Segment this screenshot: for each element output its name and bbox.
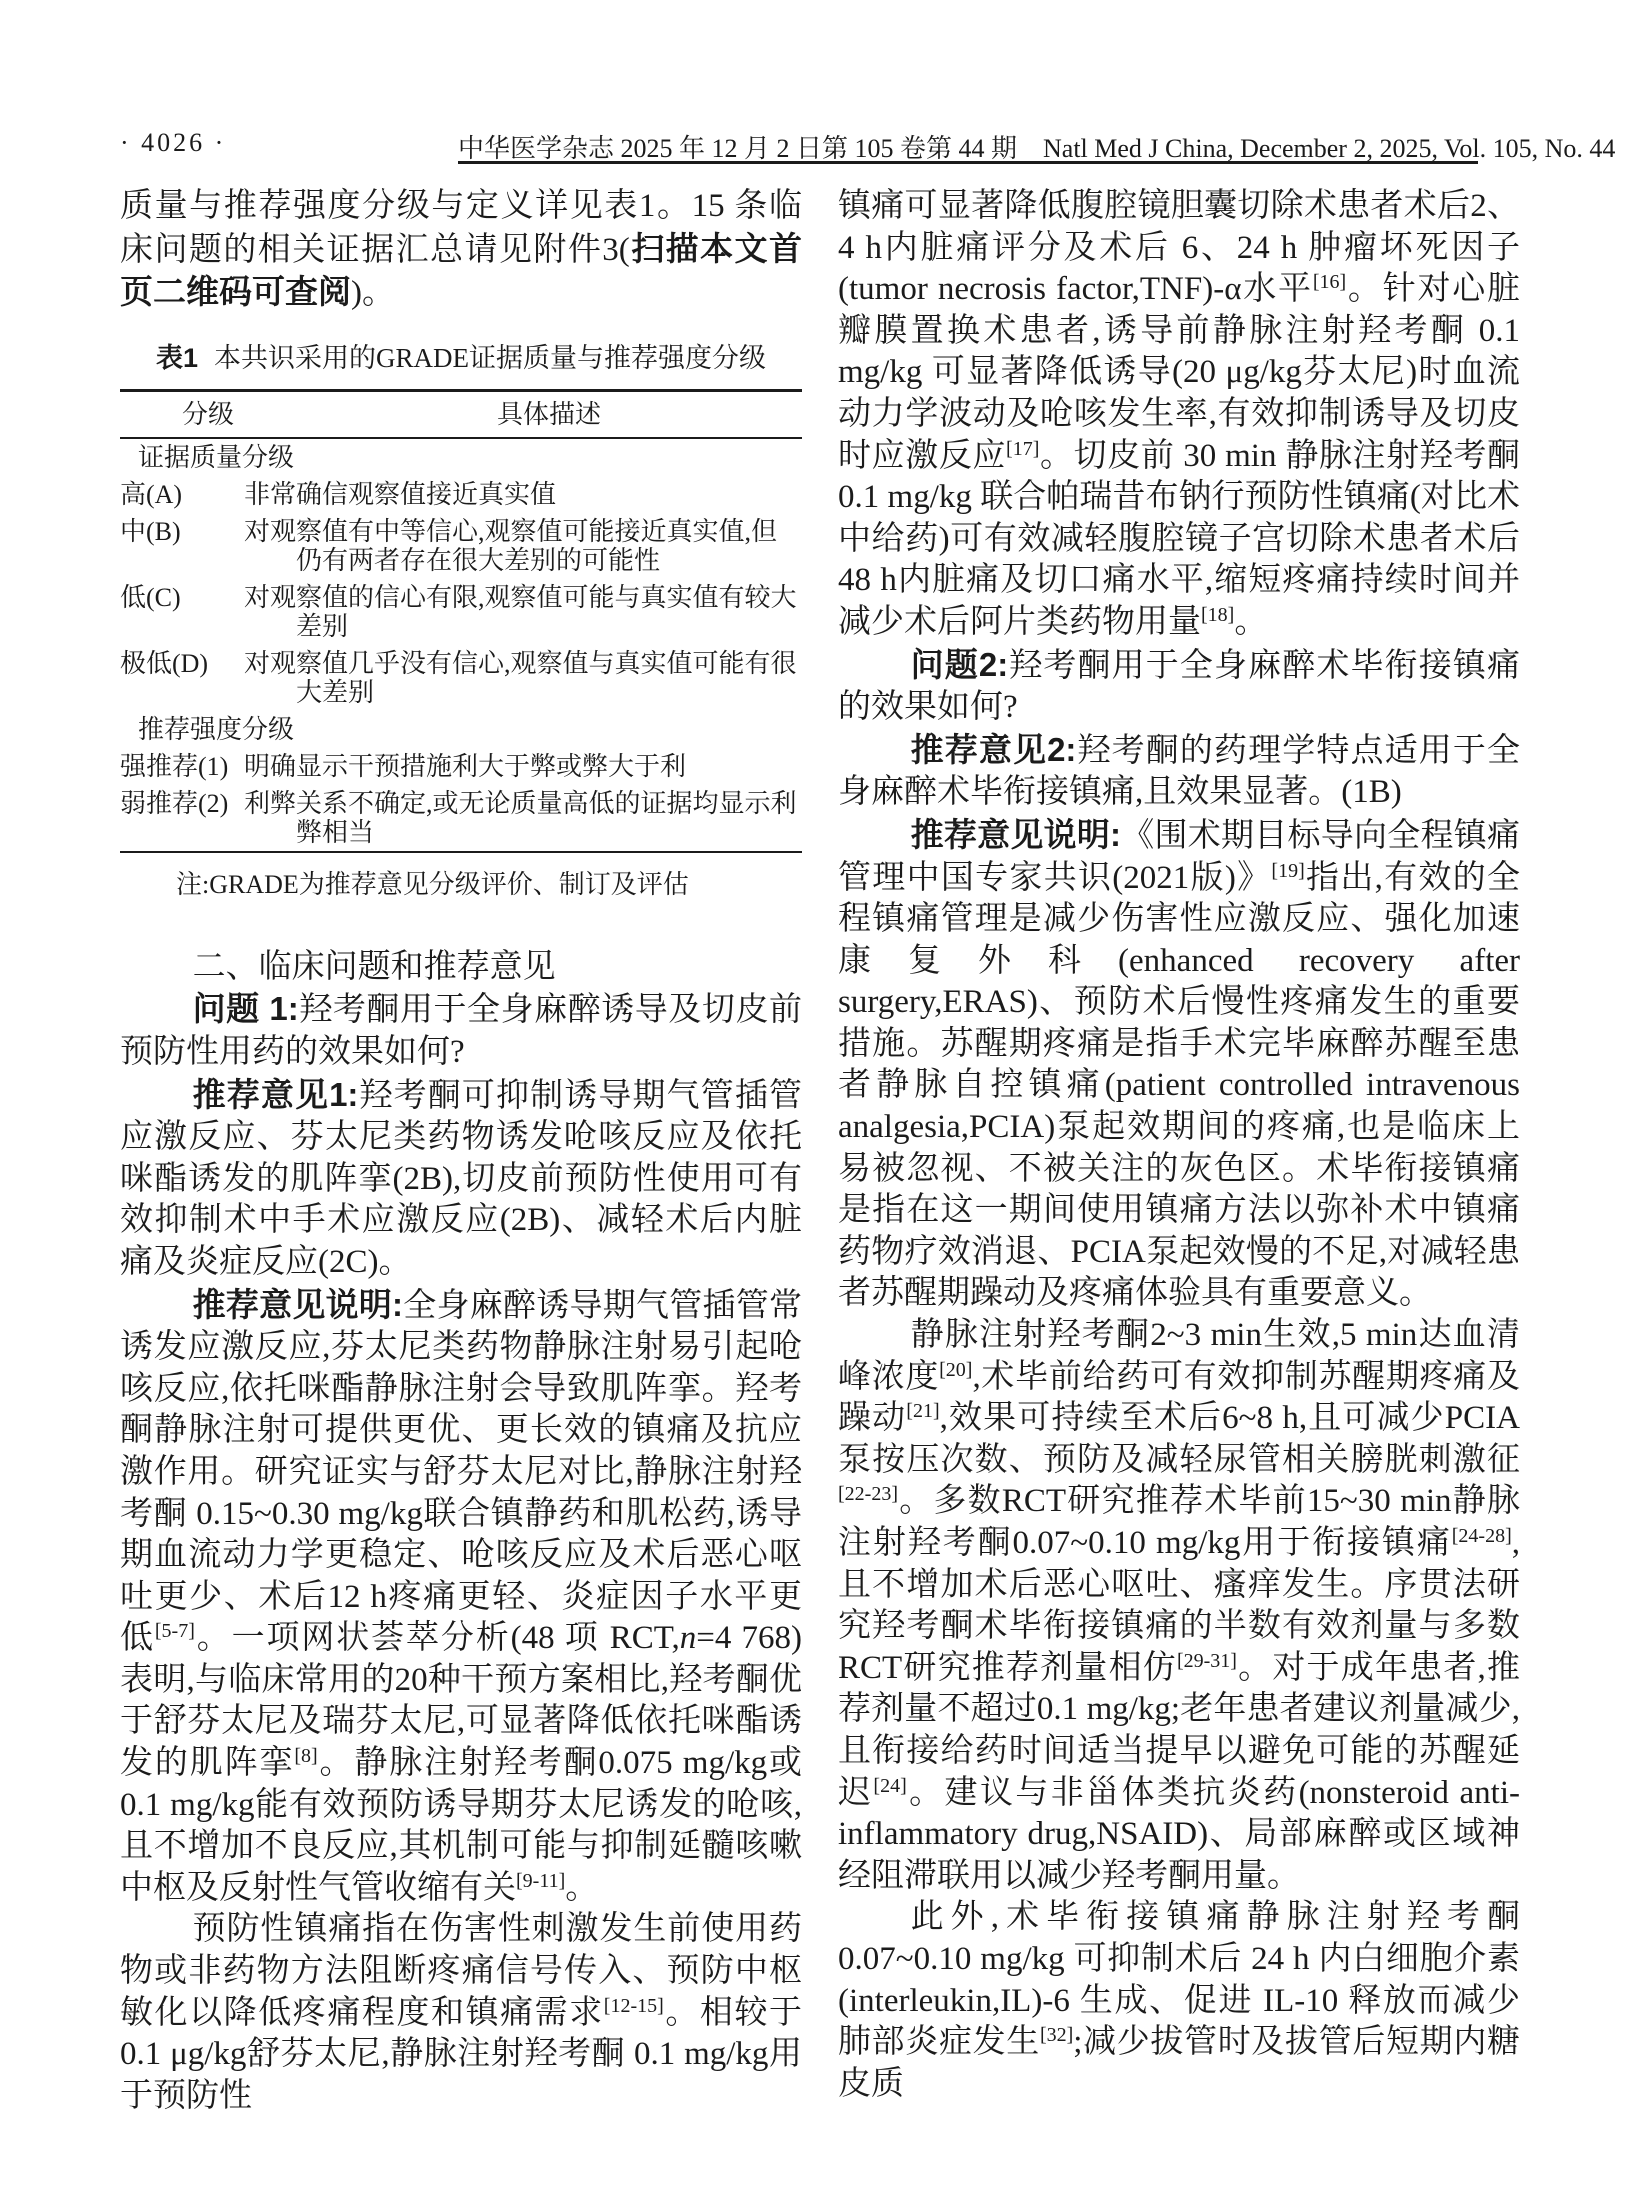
reference-superscript: [17] [1006, 438, 1039, 460]
paragraph-question-2: 问题2:羟考酮用于全身麻醉术毕衔接镇痛的效果如何? [838, 644, 1520, 729]
reference-superscript: [29-31] [1177, 1650, 1237, 1672]
table-row-weak-2: 弱推荐(2) 利弊关系不确定,或无论质量高低的证据均显示利弊相当 [120, 785, 802, 852]
bold-label: 问题2: [911, 646, 1009, 683]
text-run: 。 [1234, 604, 1267, 640]
table-row-verylow-d: 极低(D) 对观察值几乎没有信心,观察值与真实值可能有很大差别 [120, 645, 802, 711]
table1-block: 表1本共识采用的GRADE证据质量与推荐强度分级 分级 具体描述 证据质量分级 … [120, 341, 802, 901]
bold-label: 推荐意见2: [911, 731, 1077, 768]
header-rule [458, 161, 1478, 164]
column-header-description: 具体描述 [296, 390, 802, 438]
paragraph-intro: 质量与推荐强度分级与定义详见表1。15 条临床问题的相关证据汇总请见附件3(扫描… [120, 186, 802, 315]
text-run: 。一项网状荟萃分析(48 项 RCT, [195, 1620, 680, 1656]
text-run: 。多数RCT研究推荐术毕前15~30 min静脉注射羟考酮0.07~0.10 m… [838, 1483, 1520, 1561]
paragraph-additional-effects: 此外,术毕衔接镇痛静脉注射羟考酮 0.07~0.10 mg/kg 可抑制术后 2… [838, 1897, 1520, 2105]
right-column: 镇痛可显著降低腹腔镜胆囊切除术患者术后2、4 h内脏痛评分及术后 6、24 h … [838, 186, 1520, 2105]
paragraph-recommendation-1: 推荐意见1:羟考酮可抑制诱导期气管插管应激反应、芬太尼类药物诱发呛咳反应及依托咪… [120, 1074, 802, 1284]
reference-superscript: [20] [939, 1359, 972, 1381]
reference-superscript: [32] [1040, 2024, 1073, 2046]
journal-citation: 中华医学杂志 2025 年 12 月 2 日第 105 卷第 44 期 Natl… [458, 128, 1478, 165]
row-description [296, 711, 802, 748]
reference-superscript: [19] [1271, 860, 1304, 882]
reference-superscript: [5-7] [155, 1620, 195, 1642]
table1-title-label: 表1 [156, 343, 198, 373]
paragraph-recommendation-1-explanation: 推荐意见说明:全身麻醉诱导期气管插管常诱发应激反应,芬太尼类药物静脉注射易引起呛… [120, 1284, 802, 1910]
bold-label: 推荐意见1: [193, 1076, 359, 1113]
paragraph-recommendation-2: 推荐意见2:羟考酮的药理学特点适用于全身麻醉术毕衔接镇痛,且效果显著。(1B) [838, 729, 1520, 814]
text-run: ,效果可持续至术后6~8 h,且可减少PCIA泵按压次数、预防及减轻尿管相关膀胱… [838, 1400, 1520, 1478]
reference-superscript: [24-28] [1452, 1525, 1512, 1547]
paragraph-continuation: 镇痛可显著降低腹腔镜胆囊切除术患者术后2、4 h内脏痛评分及术后 6、24 h … [838, 186, 1520, 644]
reference-superscript: [24] [873, 1775, 906, 1797]
paragraph-preventive-analgesia: 预防性镇痛指在伤害性刺激发生前使用药物或非药物方法阻断疼痛信号传入、预防中枢敏化… [120, 1909, 802, 2117]
text-run: 。 [565, 1870, 598, 1906]
journal-page: · 4026 · 中华医学杂志 2025 年 12 月 2 日第 105 卷第 … [0, 0, 1633, 2200]
reference-superscript: [16] [1313, 271, 1346, 293]
reference-superscript: [18] [1201, 604, 1234, 626]
reference-superscript: [22-23] [838, 1483, 898, 1505]
reference-superscript: [21] [906, 1400, 939, 1422]
row-description [296, 438, 802, 476]
page-header: · 4026 · 中华医学杂志 2025 年 12 月 2 日第 105 卷第 … [120, 126, 1520, 160]
table-row-high-a: 高(A) 非常确信观察值接近真实值 [120, 476, 802, 513]
table1-title-text: 本共识采用的GRADE证据质量与推荐强度分级 [214, 343, 766, 373]
reference-superscript: [12-15] [604, 1995, 664, 2017]
table-row-low-c: 低(C) 对观察值的信心有限,观察值可能与真实值有较大差别 [120, 579, 802, 645]
table-row-quality-section: 证据质量分级 [120, 438, 802, 476]
row-description: 对观察值的信心有限,观察值可能与真实值有较大差别 [296, 579, 802, 645]
text-run: )。 [351, 275, 395, 311]
row-level: 推荐强度分级 [120, 711, 296, 748]
text-run: 指出,有效的全程镇痛管理是减少伤害性应激反应、强化加速康复外科(enhanced… [838, 860, 1520, 1312]
row-level: 证据质量分级 [120, 438, 296, 476]
reference-superscript: [8] [294, 1745, 317, 1767]
table-row-mid-b: 中(B) 对观察值有中等信心,观察值可能接近真实值,但仍有两者存在很大差别的可能… [120, 513, 802, 579]
grade-table: 分级 具体描述 证据质量分级 高(A) 非常确信观察值接近真实值 中(B) [120, 389, 802, 853]
table1-note: 注:GRADE为推荐意见分级评价、制订及评估 [120, 869, 802, 901]
page-number: · 4026 · [120, 128, 226, 158]
row-description: 对观察值几乎没有信心,观察值与真实值可能有很大差别 [296, 645, 802, 711]
column-header-level: 分级 [120, 390, 296, 438]
bold-label: 问题 1: [193, 990, 299, 1027]
grade-table-header-row: 分级 具体描述 [120, 390, 802, 438]
row-description: 对观察值有中等信心,观察值可能接近真实值,但仍有两者存在很大差别的可能性 [296, 513, 802, 579]
reference-superscript: [9-11] [516, 1870, 565, 1892]
paragraph-question-1: 问题 1:羟考酮用于全身麻醉诱导及切皮前预防性用药的效果如何? [120, 988, 802, 1073]
row-description: 非常确信观察值接近真实值 [296, 476, 802, 513]
row-description: 明确显示干预措施利大于弊或弊大于利 [296, 748, 802, 785]
table1-title: 表1本共识采用的GRADE证据质量与推荐强度分级 [120, 341, 802, 375]
text-run: 。建议与非甾体类抗炎药(nonsteroid anti-inflammatory… [838, 1775, 1520, 1894]
bold-label: 推荐意见说明: [911, 816, 1121, 853]
table-row-strong-1: 强推荐(1) 明确显示干预措施利大于弊或弊大于利 [120, 748, 802, 785]
left-column: 质量与推荐强度分级与定义详见表1。15 条临床问题的相关证据汇总请见附件3(扫描… [120, 186, 802, 2117]
text-run: 全身麻醉诱导期气管插管常诱发应激反应,芬太尼类药物静脉注射易引起呛咳反应,依托咪… [120, 1288, 802, 1657]
paragraph-bridging-analgesia: 静脉注射羟考酮2~3 min生效,5 min达血清峰浓度[20],术毕前给药可有… [838, 1315, 1520, 1897]
row-description: 利弊关系不确定,或无论质量高低的证据均显示利弊相当 [296, 785, 802, 852]
section-heading: 二、临床问题和推荐意见 [120, 947, 802, 989]
table-row-strength-section: 推荐强度分级 [120, 711, 802, 748]
bold-label: 推荐意见说明: [193, 1286, 403, 1323]
paragraph-recommendation-2-explanation: 推荐意见说明:《围术期目标导向全程镇痛管理中国专家共识(2021版)》[19]指… [838, 814, 1520, 1315]
italic-run: n [680, 1620, 697, 1656]
